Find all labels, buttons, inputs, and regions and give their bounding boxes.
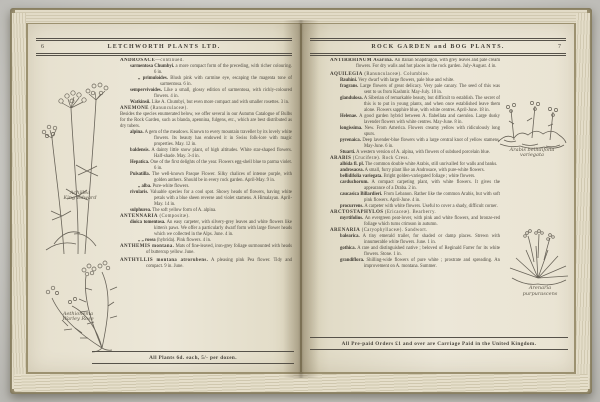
plant-name: rivularis.: [130, 190, 148, 195]
plant-entry: alpina. A gem of the meadows. Known to e…: [120, 130, 292, 148]
plant-entry: Helenae. A good garden hybrid between A.…: [330, 114, 500, 126]
arenaria-caption: Arenaria purpurascens: [500, 286, 580, 298]
plant-entry: baldensis. A dainty little snow plant, o…: [120, 148, 292, 160]
plant-entry: carduchorum. A compact carpeting plant, …: [330, 180, 500, 192]
genus-name: ANEMONE: [120, 106, 149, 111]
aethionema-sketch-icon: [28, 236, 128, 354]
genus-species: Asarina.: [372, 58, 394, 63]
left-page-number: 6: [41, 43, 44, 51]
plant-name: baldensis.: [130, 148, 150, 153]
plant-entry: dioica tomentosa. An easy carpeter, with…: [120, 220, 292, 238]
page-stack-edge-right: [576, 13, 590, 389]
plant-description: Large flowers of great delicacy. Very pa…: [358, 84, 500, 95]
page-stack-edge-top: [15, 10, 587, 23]
plant-entry: sempervivoides. Like a small, glossy edi…: [120, 88, 292, 100]
genus-heading: ANTHYLLIS montana atrorubens. A pleasing…: [120, 258, 292, 270]
plant-entry: balearica. A tiny emerald trailer, for s…: [330, 234, 500, 246]
achillea-illustration: Achillea King Edward: [32, 76, 128, 258]
plant-name: albida fl. pl.: [340, 162, 364, 167]
genus-name: ARABIS: [330, 156, 351, 161]
plant-name: balearica.: [340, 234, 360, 239]
right-footer-text: All Pre-paid Orders £1 and over are Carr…: [342, 341, 537, 347]
plant-description: A small, furry plant like an Androsace, …: [364, 168, 485, 173]
plant-description: Very dwarf with large flowers, pale blue…: [357, 78, 454, 83]
genus-heading: ANTIRRHINUM Asarina. An Italian Snapdrag…: [330, 58, 500, 70]
plant-name: Helenae.: [340, 114, 357, 119]
plant-entry: „ primuloides. Blush pink with carmine e…: [120, 76, 292, 88]
plant-description: A dainty little snow plant, of high alti…: [150, 148, 292, 159]
catalog-section: ARENARIA (Caryophyllaceæ). Sandwort.bale…: [330, 228, 500, 270]
genus-species: montana atrorubens.: [153, 258, 208, 263]
genus-suffix: (Ericaceæ). Bearberry.: [383, 210, 436, 215]
plant-description: An easy carpeter, with silvery-grey leav…: [154, 220, 292, 237]
right-page: ROCK GARDEN and BOG PLANTS. 7: [302, 24, 574, 372]
plant-name: sarmentosa Chumbyi.: [130, 64, 174, 69]
left-page-text-column: ANDROSACE—continued.sarmentosa Chumbyi. …: [120, 58, 292, 334]
arenaria-sketch-icon: [500, 226, 580, 326]
plant-description: A tiny emerald trailer, for shaded or da…: [360, 234, 500, 245]
section-intro: Besides the species enumerated below, we…: [120, 112, 292, 130]
achillea-caption: Achillea King Edward: [32, 191, 128, 203]
photograph-background: 6 LETCHWORTH PLANTS LTD.: [0, 0, 600, 402]
genus-name: ARCTOSTAPHYLOS: [330, 210, 383, 215]
right-page-number: 7: [558, 43, 561, 51]
left-page-footer: All Plants 6d. each, 5/- per dozen.: [92, 351, 294, 364]
genus-name: ANTIRRHINUM: [330, 58, 372, 63]
catalog-section: ANTIRRHINUM Asarina. An Italian Snapdrag…: [330, 58, 500, 70]
plant-name: Stuarti.: [340, 150, 355, 155]
genus-suffix: —continued.: [155, 58, 184, 63]
left-footer-text: All Plants 6d. each, 5/- per dozen.: [149, 355, 237, 361]
plant-description: Bright golden-variegated foliage ; white…: [382, 174, 475, 179]
plant-description: Shilling-wide flowers of pure white ; pr…: [364, 258, 500, 269]
genus-suffix: (Ranunculaceæ).: [149, 106, 188, 111]
genus-heading: ANTHEMIS montana. Mats of fine-leaved, i…: [120, 244, 292, 256]
genus-suffix: (Compositæ).: [158, 214, 190, 219]
plant-entry: Hepatica. One of the first delights of t…: [120, 160, 292, 172]
plant-description: One of the first delights of the year. F…: [149, 160, 292, 171]
catalog-section: ARCTOSTAPHYLOS (Ericaceæ). Bearberry.myr…: [330, 210, 500, 228]
plant-name: sempervivoides.: [130, 88, 162, 93]
plant-name: androsacea.: [340, 168, 364, 173]
catalog-section: AQUILEGIA (Ranunculaceæ). Columbine.Bauh…: [330, 72, 500, 156]
plant-description: Valuable species for a cool spot. Showy …: [148, 190, 292, 207]
plant-entry: rivularis. Valuable species for a cool s…: [120, 190, 292, 208]
plant-entry: myrtifolius. An evergreen peat-lover, wi…: [330, 216, 500, 228]
plant-name: glandulosa.: [340, 96, 363, 101]
plant-name: bellidifolia variegata.: [340, 174, 382, 179]
plant-name: longissima.: [340, 126, 362, 131]
plant-description: The soft yellow form of A. alpina.: [151, 208, 216, 213]
genus-name: AQUILEGIA: [330, 72, 363, 77]
plant-name: Pulsatilla.: [130, 172, 150, 177]
arenaria-caption-line2: purpurascens: [523, 291, 558, 297]
catalog-section: ANDROSACE—continued.sarmentosa Chumbyi. …: [120, 58, 292, 106]
plant-name: „ „ rosea: [138, 238, 156, 243]
plant-name: Hepatica.: [130, 160, 149, 165]
plant-description: (hybrida). Pink flowers. 4 in.: [156, 238, 211, 243]
aethionema-caption: Aethionema Warley Rose: [28, 312, 128, 324]
plant-description: A rare and distinguished native ; belove…: [356, 246, 500, 257]
plant-entry: fragrans. Large flowers of great delicac…: [330, 84, 500, 96]
arabis-caption-line1: Arabis bellidifolia: [510, 147, 555, 153]
achillea-caption-line1: Achillea: [70, 190, 90, 196]
plant-name: carduchorum.: [340, 180, 369, 185]
arabis-illustration: Arabis bellidifolia variegata: [490, 96, 574, 182]
plant-name: „ alba.: [138, 184, 151, 189]
right-page-footer: All Pre-paid Orders £1 and over are Carr…: [310, 337, 568, 350]
plant-description: Blush pink with carmine eye, escaping th…: [160, 76, 292, 87]
genus-name: ANTENNARIA: [120, 214, 158, 219]
plant-name: Watkinsii.: [130, 100, 150, 105]
arabis-caption-line2: variegata: [520, 152, 544, 158]
plant-name: Bauhini.: [340, 78, 357, 83]
right-page-header: ROCK GARDEN and BOG PLANTS. 7: [310, 38, 566, 56]
plant-description: A good garden hybrid between A. flabella…: [357, 114, 500, 125]
plant-entry: caucasica Billardieri. From Lebanon. Rat…: [330, 192, 500, 204]
genus-suffix: (Cruciferæ). Rock Cress.: [351, 156, 409, 161]
plant-entry: sarmentosa Chumbyi. a more compact form …: [120, 64, 292, 76]
plant-name: „ primuloides.: [138, 76, 168, 81]
genus-name: ANDROSACE: [120, 58, 155, 63]
plant-description: A carpeter with white flowers. Useful to…: [363, 204, 497, 209]
plant-name: alpina.: [130, 130, 144, 135]
genus-name: ANTHYLLIS: [120, 258, 153, 263]
genus-suffix: (Caryophyllaceæ). Sandwort.: [360, 228, 427, 233]
plant-description: The well-known Pasque Flower. Silky chal…: [150, 172, 292, 183]
plant-name: procurrens.: [340, 204, 363, 209]
plant-name: caucasica Billardieri.: [340, 192, 382, 197]
plant-name: gothica.: [340, 246, 356, 251]
right-page-title: ROCK GARDEN and BOG PLANTS.: [371, 44, 504, 50]
left-page: 6 LETCHWORTH PLANTS LTD.: [28, 24, 300, 372]
catalog-section: ANTHYLLIS montana atrorubens. A pleasing…: [120, 258, 292, 270]
open-book: 6 LETCHWORTH PLANTS LTD.: [10, 8, 592, 394]
plant-description: Like A. Chumbyi, but even more compact a…: [150, 100, 289, 105]
genus-suffix: (Ranunculaceæ). Columbine.: [363, 72, 430, 77]
plant-description: Like a small, glossy edition of sarmento…: [154, 88, 292, 99]
achillea-sketch-icon: [32, 76, 128, 258]
left-page-title: LETCHWORTH PLANTS LTD.: [107, 44, 220, 50]
arabis-caption: Arabis bellidifolia variegata: [490, 148, 574, 160]
left-page-header: 6 LETCHWORTH PLANTS LTD.: [36, 38, 292, 56]
plant-name: fragrans.: [340, 84, 358, 89]
arenaria-caption-line1: Arenaria: [529, 285, 551, 291]
plant-description: Pure-white flowers.: [151, 184, 189, 189]
plant-description: From Lebanon. Rather like the common Ara…: [364, 192, 500, 203]
catalog-section: ANTENNARIA (Compositæ).dioica tomentosa.…: [120, 214, 292, 244]
catalog-section: ARABIS (Cruciferæ). Rock Cress.albida fl…: [330, 156, 500, 210]
plant-description: An evergreen peat-lover, with pink and w…: [363, 216, 500, 227]
arenaria-illustration: Arenaria purpurascens: [500, 226, 580, 326]
genus-name: ARENARIA: [330, 228, 360, 233]
plant-description: A gem of the meadows. Known to every mou…: [144, 130, 292, 147]
plant-description: The common double white Arabis, still un…: [364, 162, 497, 167]
aethionema-illustration: Aethionema Warley Rose: [28, 236, 128, 354]
page-stack-edge-bottom: [14, 374, 588, 392]
catalog-section: ANEMONE (Ranunculaceæ).Besides the speci…: [120, 106, 292, 214]
plant-description: A Siberian of remarkable beauty, but dif…: [363, 96, 500, 113]
plant-name: dioica tomentosa.: [130, 220, 165, 225]
plant-entry: grandiflora. Shilling-wide flowers of pu…: [330, 258, 500, 270]
plant-entry: gothica. A rare and distinguished native…: [330, 246, 500, 258]
plant-entry: longissima. New. From America. Flowers c…: [330, 126, 500, 138]
page-stack-edge-left: [12, 13, 26, 389]
plant-entry: pyrenaica. Deep lavender-blue flowers wi…: [330, 138, 500, 150]
catalog-section: ANTHEMIS montana. Mats of fine-leaved, i…: [120, 244, 292, 256]
plant-name: myrtifolius.: [340, 216, 363, 221]
plant-description: Deep lavender-blue flowers with a large …: [361, 138, 500, 149]
plant-name: grandiflora.: [340, 258, 364, 263]
plant-name: sulphurea.: [130, 208, 151, 213]
right-page-text-column: ANTIRRHINUM Asarina. An Italian Snapdrag…: [330, 58, 500, 328]
plant-description: A western version of A. alpina, with flo…: [355, 150, 490, 155]
genus-name: ANTHEMIS: [120, 244, 150, 249]
plant-name: pyrenaica.: [340, 138, 361, 143]
plant-entry: Pulsatilla. The well-known Pasque Flower…: [120, 172, 292, 184]
plant-description: New. From America. Flowers creamy yellow…: [362, 126, 500, 137]
achillea-caption-line2: King Edward: [63, 195, 96, 201]
genus-species: montana.: [150, 244, 174, 249]
aethionema-caption-line2: Warley Rose: [62, 316, 93, 322]
plant-entry: glandulosa. A Siberian of remarkable bea…: [330, 96, 500, 114]
aethionema-caption-line1: Aethionema: [63, 311, 93, 317]
arabis-sketch-icon: [490, 96, 574, 182]
plant-description: a more compact form of the preceding, wi…: [154, 64, 292, 75]
plant-description: A compact carpeting plant, with white fl…: [364, 180, 500, 191]
